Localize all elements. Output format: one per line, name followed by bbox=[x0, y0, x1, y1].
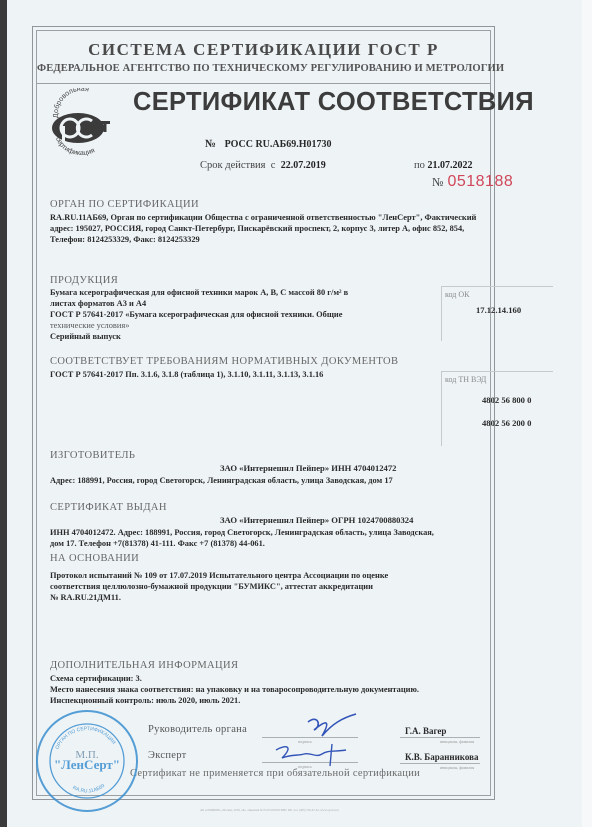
certification-body-line: RA.RU.11АБ69, Орган по сертификации Обще… bbox=[50, 212, 490, 223]
issued-to-name: ЗАО «Интернешнл Пейпер» ОГРН 10247008803… bbox=[220, 515, 413, 525]
product-line: Серийный выпуск bbox=[50, 331, 430, 342]
head-name: Г.А. Вагер bbox=[405, 726, 446, 736]
validity-period: Срок действия с 22.07.2019 по 21.07.2022 bbox=[200, 160, 326, 171]
svg-text:RA.RU.11АБ69: RA.RU.11АБ69 bbox=[72, 783, 107, 795]
additional-info-line: Схема сертификации: 3. bbox=[50, 673, 419, 684]
ok-code-value: 17.12.14.160 bbox=[476, 305, 521, 315]
head-name-caption: инициалы, фамилия bbox=[440, 739, 474, 744]
additional-info-line: Инспекционный контроль: июль 2020, июль … bbox=[50, 695, 419, 706]
tn-ved-code-box: код ТН ВЭД 4802 56 800 0 4802 56 200 0 bbox=[441, 371, 553, 446]
compliance-label: СООТВЕТСТВУЕТ ТРЕБОВАНИЯМ НОРМАТИВНЫХ ДО… bbox=[50, 356, 398, 367]
printer-imprint: АО «ОПЦИОН», Москва, 2018, «Б», лицензия… bbox=[200, 808, 339, 812]
stamp-bottom-text: RA.RU.11АБ69 bbox=[72, 783, 107, 795]
valid-to-date: 21.07.2022 bbox=[428, 160, 473, 171]
certificate-header: СИСТЕМА СЕРТИФИКАЦИИ ГОСТ Р ФЕДЕРАЛЬНОЕ … bbox=[37, 31, 490, 84]
serial-number: №0518188 bbox=[432, 173, 513, 191]
additional-info-label: ДОПОЛНИТЕЛЬНАЯ ИНФОРМАЦИЯ bbox=[50, 660, 238, 671]
tn-ved-label: код ТН ВЭД bbox=[445, 375, 486, 384]
agency-name: ФЕДЕРАЛЬНОЕ АГЕНТСТВО ПО ТЕХНИЧЕСКОМУ РЕ… bbox=[37, 63, 490, 74]
tn-ved-code: 4802 56 800 0 bbox=[482, 395, 531, 405]
certificate-title: СЕРТИФИКАТ СООТВЕТСТВИЯ bbox=[133, 88, 534, 117]
registration-no-label: № bbox=[205, 138, 216, 150]
issued-to-text: ИНН 4704012472. Адрес: 188991, Россия, г… bbox=[50, 527, 434, 549]
issued-to-label: СЕРТИФИКАТ ВЫДАН bbox=[50, 502, 167, 513]
manufacturer-address: Адрес: 188991, Россия, город Светогорск,… bbox=[50, 475, 393, 486]
page-right-margin bbox=[582, 0, 592, 827]
issued-to-line: дом 17. Телефон +7(81378) 41-111. Факс +… bbox=[50, 538, 434, 549]
certification-stamp-icon: ОРГАН ПО СЕРТИФИКАЦИИ М.П. "ЛенСерт" RA.… bbox=[34, 708, 140, 814]
registration-number-value: РОСС RU.АБ69.Н01730 bbox=[225, 139, 332, 150]
rst-logo-icon: Добровольная сертификация bbox=[48, 88, 114, 160]
issued-to-line: ИНН 4704012472. Адрес: 188991, Россия, г… bbox=[50, 527, 434, 538]
product-label: ПРОДУКЦИЯ bbox=[50, 275, 118, 286]
page-edge-shadow bbox=[0, 0, 7, 827]
stamp-org: "ЛенСерт" bbox=[54, 757, 120, 772]
ok-code-label: код ОК bbox=[445, 290, 469, 299]
expert-name-line bbox=[400, 763, 480, 764]
valid-from-date: 22.07.2019 bbox=[281, 160, 326, 171]
system-title: СИСТЕМА СЕРТИФИКАЦИИ ГОСТ Р bbox=[37, 40, 490, 60]
disclaimer: Сертификат не применяется при обязательн… bbox=[130, 768, 420, 779]
product-text: Бумага ксерографическая для офисной техн… bbox=[50, 287, 430, 342]
basis-label: НА ОСНОВАНИИ bbox=[50, 553, 139, 564]
certification-body-line: адрес: 195027, РОССИЯ, город Санкт-Петер… bbox=[50, 223, 490, 234]
product-line: Бумага ксерографическая для офисной техн… bbox=[50, 287, 430, 298]
additional-info-text: Схема сертификации: 3. Место нанесения з… bbox=[50, 673, 419, 706]
basis-text: Протокол испытаний № 109 от 17.07.2019 И… bbox=[50, 570, 388, 603]
tn-ved-code: 4802 56 200 0 bbox=[482, 418, 531, 428]
serial-number-value: 0518188 bbox=[447, 173, 513, 190]
basis-line: соответствия целлюлозно-бумажной продукц… bbox=[50, 581, 388, 592]
basis-line: № RA.RU.21ДМ11. bbox=[50, 592, 388, 603]
expert-name: К.В. Баранникова bbox=[405, 752, 479, 762]
serial-no-label: № bbox=[432, 175, 443, 189]
certification-body-label: ОРГАН ПО СЕРТИФИКАЦИИ bbox=[50, 199, 199, 210]
manufacturer-label: ИЗГОТОВИТЕЛЬ bbox=[50, 450, 135, 461]
manufacturer-name: ЗАО «Интернешнл Пейпер» ИНН 4704012472 bbox=[220, 463, 396, 473]
head-name-line bbox=[400, 737, 480, 738]
validity-to-label: по bbox=[414, 160, 425, 171]
certification-body-text: RA.RU.11АБ69, Орган по сертификации Обще… bbox=[50, 212, 490, 245]
certification-body-line: Телефон: 8124253329, Факс: 8124253329 bbox=[50, 234, 490, 245]
additional-info-line: Место нанесения знака соответствия: на у… bbox=[50, 684, 419, 695]
validity-from-label: с bbox=[271, 160, 276, 171]
product-line: технические условия» bbox=[50, 320, 430, 331]
product-line: ГОСТ Р 57641-2017 «Бумага ксерографическ… bbox=[50, 309, 430, 320]
head-of-body-label: Руководитель органа bbox=[148, 724, 247, 735]
compliance-text: ГОСТ Р 57641-2017 Пп. 3.1.6, 3.1.8 (табл… bbox=[50, 369, 323, 380]
basis-line: Протокол испытаний № 109 от 17.07.2019 И… bbox=[50, 570, 388, 581]
product-line: листах форматов А3 и А4 bbox=[50, 298, 430, 309]
validity-label: Срок действия bbox=[200, 160, 266, 171]
validity-to: по 21.07.2022 bbox=[414, 160, 473, 171]
expert-label: Эксперт bbox=[148, 750, 187, 761]
expert-name-caption: инициалы, фамилия bbox=[440, 765, 474, 770]
ok-code-box: код ОК 17.12.14.160 bbox=[441, 286, 553, 341]
registration-number: № РОСС RU.АБ69.Н01730 bbox=[205, 138, 332, 150]
